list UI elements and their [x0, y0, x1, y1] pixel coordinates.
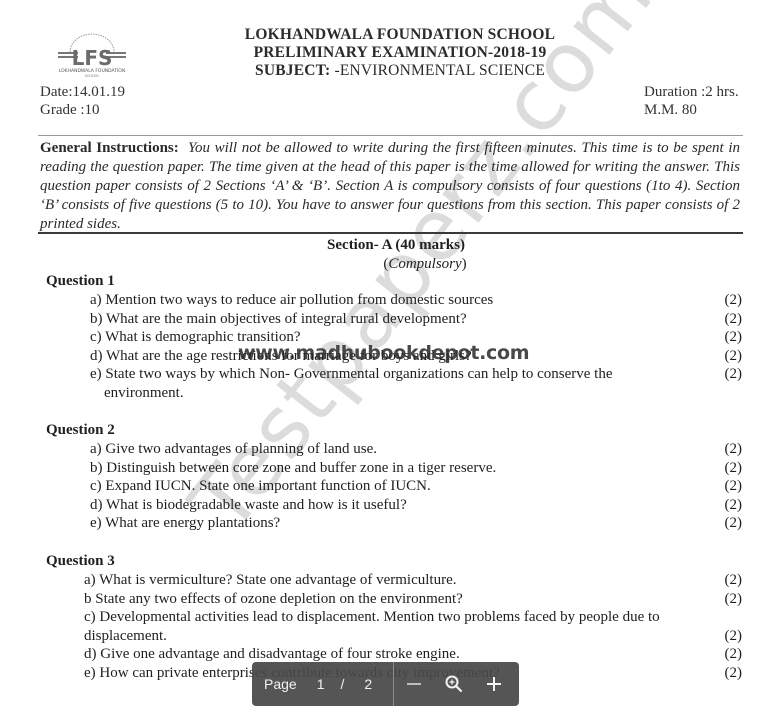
- exam-grade: Grade :10: [40, 101, 125, 119]
- question-title: Question 2: [46, 421, 746, 439]
- subject-line: SUBJECT: -ENVIRONMENTAL SCIENCE: [200, 62, 600, 80]
- marks: (2): [725, 645, 743, 664]
- marks: (2): [725, 627, 743, 646]
- question-item: c) Developmental activities lead to disp…: [46, 608, 746, 645]
- school-logo-icon: LFS LOKHANDWALA FOUNDATION SCHOOL: [52, 32, 132, 80]
- question-item: b) Distinguish between core zone and buf…: [46, 459, 746, 478]
- subject-value: -ENVIRONMENTAL SCIENCE: [330, 62, 545, 79]
- zoom-out-button[interactable]: [394, 662, 434, 706]
- divider: [38, 135, 743, 136]
- page-indicator: Page 1 / 2: [252, 662, 394, 706]
- total-pages: 2: [364, 676, 372, 692]
- marks: (2): [725, 571, 743, 590]
- marks: (2): [725, 459, 743, 478]
- exam-meta-left: Date:14.01.19 Grade :10: [40, 83, 125, 119]
- current-page-input[interactable]: 1: [317, 676, 325, 692]
- question-item: b) What are the main objectives of integ…: [46, 310, 746, 329]
- question-item: b State any two effects of ozone depleti…: [46, 590, 746, 609]
- question-title: Question 1: [46, 272, 746, 290]
- magnifier-icon: [444, 674, 464, 694]
- question-block: Question 1 a) Mention two ways to reduce…: [46, 272, 746, 402]
- svg-text:SCHOOL: SCHOOL: [85, 74, 100, 78]
- divider: [38, 232, 743, 234]
- question-item: a) What is vermiculture? State one advan…: [46, 571, 746, 590]
- marks: (2): [725, 310, 743, 329]
- marks: (2): [725, 514, 743, 533]
- subject-label: SUBJECT:: [255, 62, 330, 79]
- exam-meta-right: Duration :2 hrs. M.M. 80: [644, 83, 739, 119]
- marks: (2): [725, 477, 743, 496]
- marks: (2): [725, 328, 743, 347]
- question-item: d) What is biodegradable waste and how i…: [46, 496, 746, 515]
- marks: (2): [725, 440, 743, 459]
- question-item: d) Give one advantage and disadvantage o…: [46, 645, 746, 664]
- zoom-fit-button[interactable]: [434, 662, 474, 706]
- exam-name: PRELIMINARY EXAMINATION-2018-19: [200, 44, 600, 62]
- document-header: LOKHANDWALA FOUNDATION SCHOOL PRELIMINAR…: [200, 26, 600, 80]
- question-item: c) What is demographic transition?(2): [46, 328, 746, 347]
- school-name: LOKHANDWALA FOUNDATION SCHOOL: [200, 26, 600, 44]
- exam-date: Date:14.01.19: [40, 83, 125, 101]
- section-subtitle: (Compulsory): [0, 255, 770, 273]
- question-item: d) What are the age restrictions for mar…: [46, 347, 746, 366]
- question-item: a) Give two advantages of planning of la…: [46, 440, 746, 459]
- question-item: e) What are energy plantations?(2): [46, 514, 746, 533]
- marks: (2): [725, 664, 743, 683]
- page-label: Page: [264, 676, 297, 692]
- page-separator: /: [341, 676, 345, 692]
- section-title: Section- A (40 marks): [0, 236, 770, 254]
- marks: (2): [725, 365, 743, 384]
- exam-max-marks: M.M. 80: [644, 101, 739, 119]
- question-item: e) State two ways by which Non- Governme…: [46, 365, 746, 402]
- plus-icon: [485, 675, 503, 693]
- document-page: LFS LOKHANDWALA FOUNDATION SCHOOL LOKHAN…: [0, 0, 770, 712]
- question-item: a) Mention two ways to reduce air pollut…: [46, 291, 746, 310]
- minus-icon: [405, 675, 423, 693]
- question-item: c) Expand IUCN. State one important func…: [46, 477, 746, 496]
- marks: (2): [725, 496, 743, 515]
- marks: (2): [725, 590, 743, 609]
- question-title: Question 3: [46, 552, 746, 570]
- marks: (2): [725, 291, 743, 310]
- svg-text:LFS: LFS: [72, 46, 113, 70]
- question-block: Question 2 a) Give two advantages of pla…: [46, 421, 746, 533]
- marks: (2): [725, 347, 743, 366]
- general-instructions: General Instructions: You will not be al…: [40, 139, 740, 234]
- pdf-viewer-toolbar: Page 1 / 2: [252, 662, 519, 706]
- instructions-label: General Instructions:: [40, 140, 179, 156]
- exam-duration: Duration :2 hrs.: [644, 83, 739, 101]
- school-logo: LFS LOKHANDWALA FOUNDATION SCHOOL: [52, 32, 132, 80]
- zoom-in-button[interactable]: [474, 662, 514, 706]
